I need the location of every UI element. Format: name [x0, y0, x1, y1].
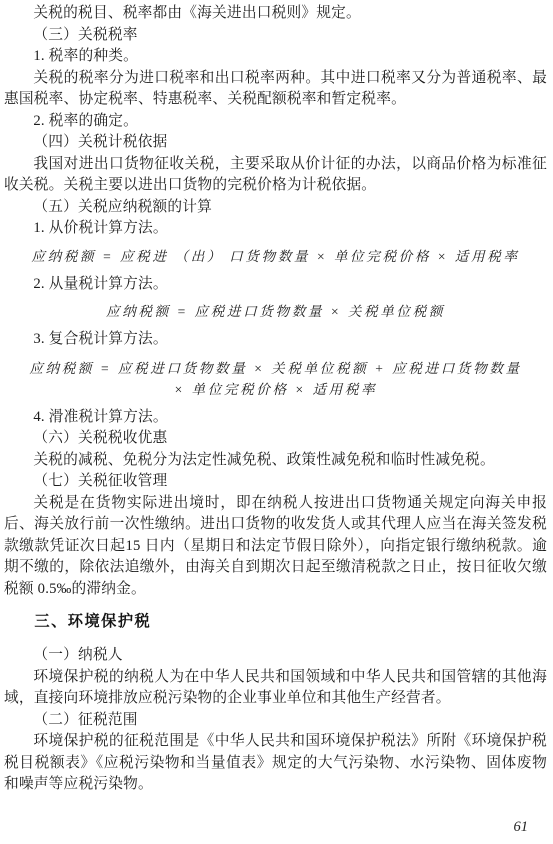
section-heading-environmental-tax: 三、环境保护税	[4, 611, 547, 633]
formula-specific-duty: 应纳税额 = 应税进口货物数量 × 关税单位税额	[4, 302, 547, 322]
list-item-sliding-duty-method: 4. 滑准税计算方法。	[4, 407, 547, 429]
list-item-rate-confirmation: 2. 税率的确定。	[4, 111, 547, 133]
subsection-heading-tax-basis: （四）关税计税依据	[4, 132, 547, 154]
paragraph-tax-scope-body: 环境保护税的征税范围是《中华人民共和国环境保护税法》所附《环境保护税税目税额表》…	[4, 731, 547, 796]
page-number: 61	[514, 819, 529, 836]
subsection-heading-tax-scope: （二）征税范围	[4, 710, 547, 732]
formula-compound-duty-line1: 应纳税额 = 应税进口货物数量 × 关税单位税额 + 应税进口货物数量	[4, 358, 547, 379]
subsection-heading-taxpayers: （一）纳税人	[4, 645, 547, 667]
list-item-specific-duty-method: 2. 从量税计算方法。	[4, 274, 547, 296]
paragraph-tax-preferences-body: 关税的减税、免税分为法定性减免税、政策性减免税和临时性减免税。	[4, 450, 547, 472]
subsection-heading-tariff-rates: （三）关税税率	[4, 25, 547, 47]
document-page: 关税的税目、税率都由《海关进出口税则》规定。 （三）关税税率 1. 税率的种类。…	[0, 0, 553, 844]
paragraph-rate-types-body: 关税的税率分为进口税率和出口税率两种。其中进口税率又分为普通税率、最惠国税率、协…	[4, 68, 547, 111]
formula-ad-valorem: 应纳税额 = 应税进 （出） 口货物数量 × 单位完税价格 × 适用税率	[4, 247, 547, 267]
subsection-heading-collection-admin: （七）关税征收管理	[4, 471, 547, 493]
subsection-heading-tax-calculation: （五）关税应纳税额的计算	[4, 197, 547, 219]
paragraph-taxpayers-body: 环境保护税的纳税人为在中华人民共和国领域和中华人民共和国管辖的其他海域，直接向环…	[4, 667, 547, 710]
paragraph-tariff-schedule: 关税的税目、税率都由《海关进出口税则》规定。	[4, 3, 547, 25]
subsection-heading-tax-preferences: （六）关税税收优惠	[4, 428, 547, 450]
list-item-compound-duty-method: 3. 复合税计算方法。	[4, 329, 547, 351]
paragraph-collection-admin-body: 关税是在货物实际进出境时，即在纳税人按进出口货物通关规定向海关申报后、海关放行前…	[4, 493, 547, 601]
list-item-ad-valorem-method: 1. 从价税计算方法。	[4, 218, 547, 240]
formula-compound-duty-line2: × 单位完税价格 × 适用税率	[4, 379, 547, 400]
paragraph-tax-basis-body: 我国对进出口货物征收关税，主要采取从价计征的办法，以商品价格为标准征收关税。关税…	[4, 154, 547, 197]
formula-compound-duty: 应纳税额 = 应税进口货物数量 × 关税单位税额 + 应税进口货物数量 × 单位…	[4, 358, 547, 400]
list-item-rate-types: 1. 税率的种类。	[4, 46, 547, 68]
